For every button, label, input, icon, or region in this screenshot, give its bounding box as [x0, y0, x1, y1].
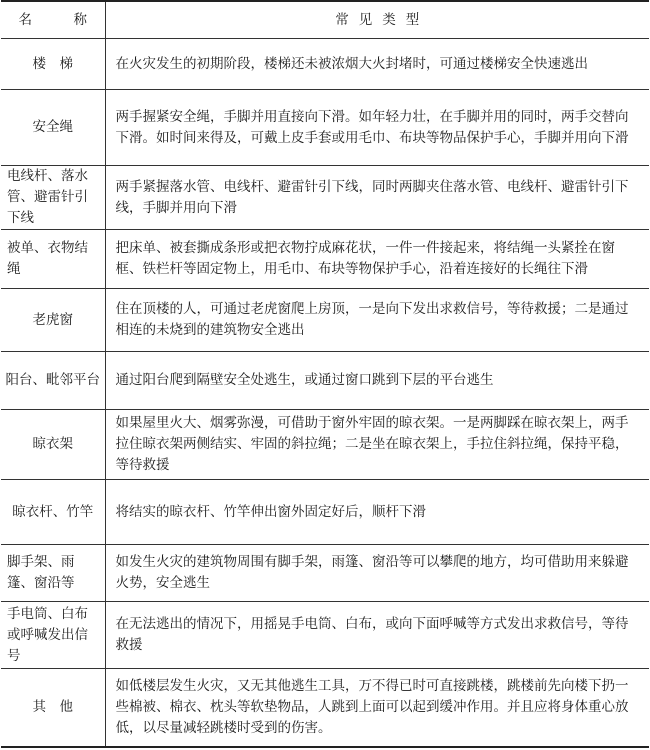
row-name: 晾衣杆、竹竿: [1, 480, 105, 545]
header-name: 名 称: [1, 1, 105, 39]
table-row: 老虎窗住在顶楼的人，可通过老虎窗爬上房顶，一是向下发出求救信号，等待救援；二是通…: [1, 289, 649, 352]
header-common-types: 常见类型: [105, 1, 649, 39]
row-name: 安全绳: [1, 90, 105, 166]
table-row: 晾衣架如果屋里火大、烟雾弥漫，可借助于窗外牢固的晾衣架。一是两脚踩在晾衣架上，两…: [1, 410, 649, 480]
table-row: 电线杆、落水管、避雷针引下线两手紧握落水管、电线杆、避雷针引下线，同时两脚夹住落…: [1, 166, 649, 230]
row-name: 阳台、毗邻平台: [1, 352, 105, 410]
row-name: 老虎窗: [1, 289, 105, 352]
table-body: 楼 梯在火灾发生的初期阶段，楼梯还未被浓烟大火封堵时，可通过楼梯安全快速逃出安全…: [1, 39, 649, 747]
row-name: 被单、衣物结绳: [1, 230, 105, 289]
row-name: 其 他: [1, 669, 105, 747]
row-description: 如发生火灾的建筑物周围有脚手架，雨篷、窗沿等可以攀爬的地方，均可借助用来躲避火势…: [105, 545, 649, 602]
row-description: 通过阳台爬到隔壁安全处逃生，或通过窗口跳到下层的平台逃生: [105, 352, 649, 410]
table-row: 阳台、毗邻平台通过阳台爬到隔壁安全处逃生，或通过窗口跳到下层的平台逃生: [1, 352, 649, 410]
row-name: 晾衣架: [1, 410, 105, 480]
table-row: 被单、衣物结绳把床单、被套撕成条形或把衣物拧成麻花状，一件一件接起来，将结绳一头…: [1, 230, 649, 289]
table-row: 脚手架、雨篷、窗沿等如发生火灾的建筑物周围有脚手架，雨篷、窗沿等可以攀爬的地方，…: [1, 545, 649, 602]
row-name: 脚手架、雨篷、窗沿等: [1, 545, 105, 602]
table-header-row: 名 称 常见类型: [1, 1, 649, 39]
row-description: 在无法逃出的情况下，用摇晃手电筒、白布，或向下面呼喊等方式发出求救信号，等待救援: [105, 602, 649, 669]
table-row: 楼 梯在火灾发生的初期阶段，楼梯还未被浓烟大火封堵时，可通过楼梯安全快速逃出: [1, 39, 649, 90]
row-description: 如低楼层发生火灾，又无其他逃生工具，万不得已时可直接跳楼，跳楼前先向楼下扔一些棉…: [105, 669, 649, 747]
row-description: 如果屋里火大、烟雾弥漫，可借助于窗外牢固的晾衣架。一是两脚踩在晾衣架上，两手拉住…: [105, 410, 649, 480]
row-description: 两手紧握落水管、电线杆、避雷针引下线，同时两脚夹住落水管、电线杆、避雷针引下线，…: [105, 166, 649, 230]
row-description: 把床单、被套撕成条形或把衣物拧成麻花状，一件一件接起来，将结绳一头紧拴在窗框、铁…: [105, 230, 649, 289]
row-name: 电线杆、落水管、避雷针引下线: [1, 166, 105, 230]
row-description: 在火灾发生的初期阶段，楼梯还未被浓烟大火封堵时，可通过楼梯安全快速逃出: [105, 39, 649, 90]
table-row: 其 他如低楼层发生火灾，又无其他逃生工具，万不得已时可直接跳楼，跳楼前先向楼下扔…: [1, 669, 649, 747]
row-description: 住在顶楼的人，可通过老虎窗爬上房顶，一是向下发出求救信号，等待救援；二是通过相连…: [105, 289, 649, 352]
table-row: 晾衣杆、竹竿将结实的晾衣杆、竹竿伸出窗外固定好后，顺杆下滑: [1, 480, 649, 545]
row-description: 两手握紧安全绳，手脚并用直接向下滑。如年轻力壮，在手脚并用的同时，两手交替向下滑…: [105, 90, 649, 166]
row-description: 将结实的晾衣杆、竹竿伸出窗外固定好后，顺杆下滑: [105, 480, 649, 545]
escape-methods-table: 名 称 常见类型 楼 梯在火灾发生的初期阶段，楼梯还未被浓烟大火封堵时，可通过楼…: [1, 0, 649, 748]
table-row: 安全绳两手握紧安全绳，手脚并用直接向下滑。如年轻力壮，在手脚并用的同时，两手交替…: [1, 90, 649, 166]
row-name: 手电筒、白布或呼喊发出信号: [1, 602, 105, 669]
row-name: 楼 梯: [1, 39, 105, 90]
table-row: 手电筒、白布或呼喊发出信号在无法逃出的情况下，用摇晃手电筒、白布，或向下面呼喊等…: [1, 602, 649, 669]
